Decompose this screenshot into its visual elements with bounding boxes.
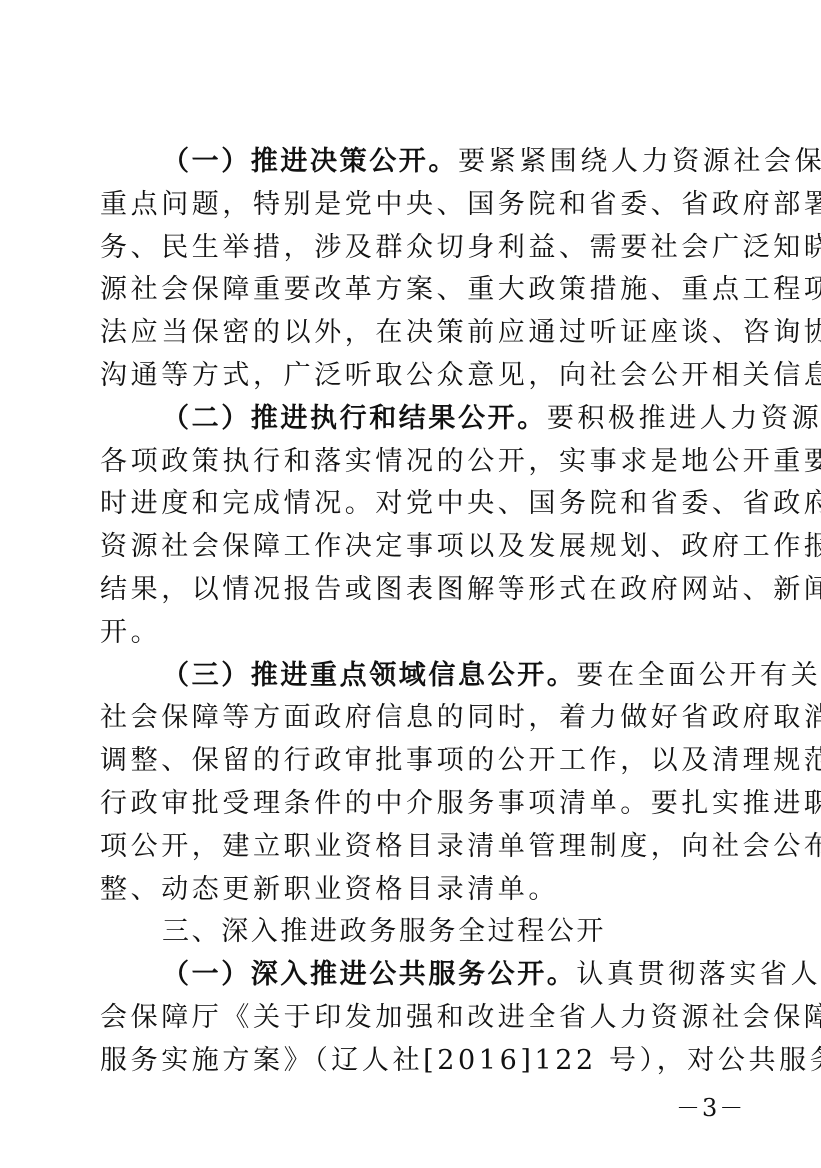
paragraph-1-line-6: 沟通等方式，广泛听取公众意见，向社会公开相关信息。: [100, 355, 724, 398]
section-heading: 三、深入推进政务服务全过程公开: [100, 911, 724, 954]
paragraph-1-line-2: 重点问题，特别是党中央、国务院和省委、省政府部署的改革任: [100, 184, 724, 227]
paragraph-1-line-5: 法应当保密的以外，在决策前应通过听证座谈、咨询协商、媒体: [100, 312, 724, 355]
paragraph-3-line-6: 整、动态更新职业资格目录清单。: [100, 869, 724, 912]
paragraph-3-heading: （三）推进重点领域信息公开。: [162, 660, 576, 691]
paragraph-3-line-4: 行政审批受理条件的中介服务事项清单。要扎实推进职业资格事: [100, 783, 724, 826]
paragraph-2-line-4: 资源社会保障工作决定事项以及发展规划、政府工作报告等落实: [100, 526, 724, 569]
paragraph-2-heading: （二）推进执行和结果公开。: [162, 403, 547, 434]
paragraph-2-line-1: （二）推进执行和结果公开。要积极推进人力资源社会保障: [100, 398, 724, 441]
page-number: －3－: [676, 1088, 745, 1123]
document-body: （一）推进决策公开。要紧紧围绕人力资源社会保障领域的 重点问题，特别是党中央、国…: [100, 141, 724, 1083]
paragraph-4-heading: （一）深入推进公共服务公开。: [162, 959, 576, 990]
paragraph-3-line-2: 社会保障等方面政府信息的同时，着力做好省政府取消、下放、: [100, 697, 724, 740]
paragraph-1-heading: （一）推进决策公开。: [162, 146, 458, 177]
paragraph-2-line-3: 时进度和完成情况。对党中央、国务院和省委、省政府涉及人力: [100, 483, 724, 526]
paragraph-1-line-3: 务、民生举措，涉及群众切身利益、需要社会广泛知晓的人力资: [100, 227, 724, 270]
paragraph-4-line-2: 会保障厅《关于印发加强和改进全省人力资源社会保障领域公共: [100, 997, 724, 1040]
paragraph-4-line-1: （一）深入推进公共服务公开。认真贯彻落实省人力资源社: [100, 954, 724, 997]
paragraph-4-line-3: 服务实施方案》（辽人社[2016]122 号），对公共服务事项进行全: [100, 1040, 724, 1083]
paragraph-3-line-5: 项公开，建立职业资格目录清单管理制度，向社会公布并及时调: [100, 826, 724, 869]
paragraph-1-line-1: （一）推进决策公开。要紧紧围绕人力资源社会保障领域的: [100, 141, 724, 184]
paragraph-2-line-2: 各项政策执行和落实情况的公开，实事求是地公开重要事项的序: [100, 441, 724, 484]
paragraph-3-line-3: 调整、保留的行政审批事项的公开工作，以及清理规范后保留的: [100, 740, 724, 783]
paragraph-3-line-1: （三）推进重点领域信息公开。要在全面公开有关劳动就业、: [100, 655, 724, 698]
paragraph-2-line-5: 结果，以情况报告或图表图解等形式在政府网站、新闻媒体上公: [100, 569, 724, 612]
paragraph-2-line-6: 开。: [100, 612, 724, 655]
paragraph-1-line-4: 源社会保障重要改革方案、重大政策措施、重点工程项目，除依: [100, 269, 724, 312]
